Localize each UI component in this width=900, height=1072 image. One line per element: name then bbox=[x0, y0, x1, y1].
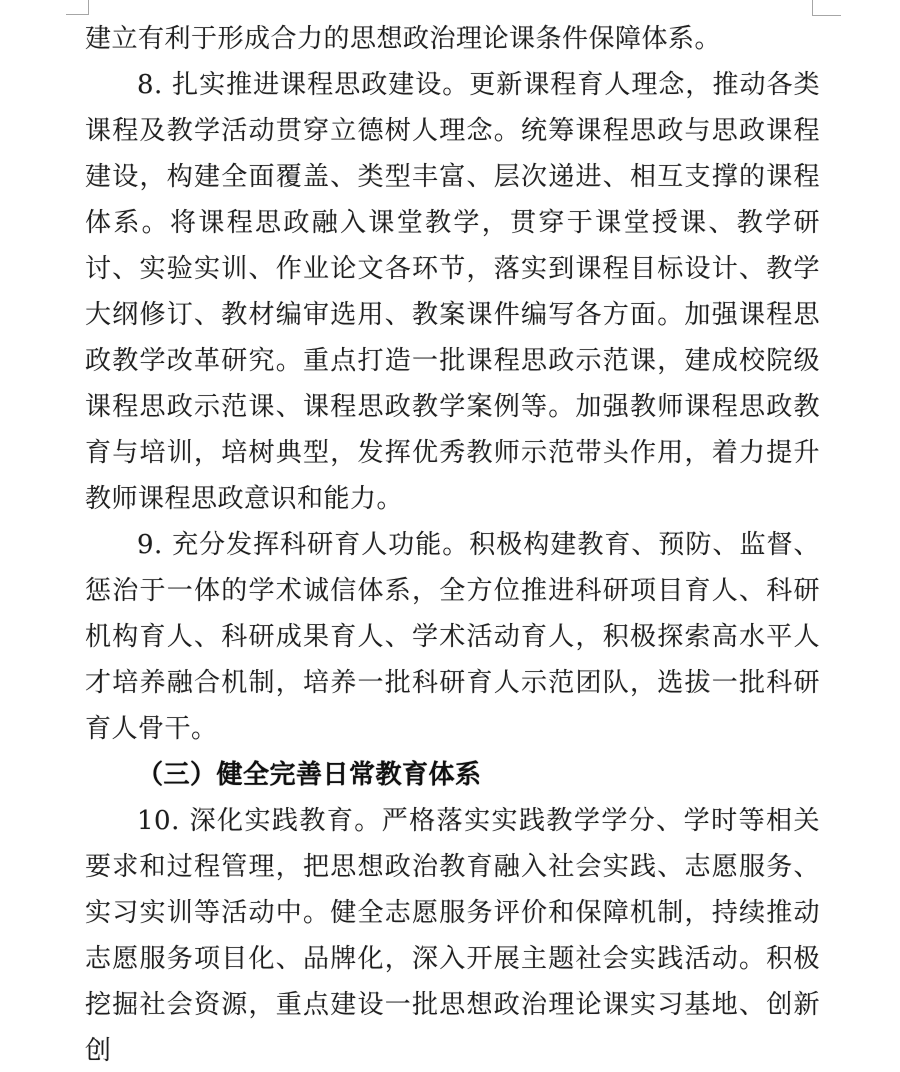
document-body: 建立有利于形成合力的思想政治理论课条件保障体系。 8. 扎实推进课程思政建设。更… bbox=[85, 16, 820, 1072]
paragraph-continuation: 建立有利于形成合力的思想政治理论课条件保障体系。 bbox=[85, 16, 820, 62]
paragraph-item-10: 10. 深化实践教育。严格落实实践教学学分、学时等相关要求和过程管理，把思想政治… bbox=[85, 798, 820, 1072]
document-page: 建立有利于形成合力的思想政治理论课条件保障体系。 8. 扎实推进课程思政建设。更… bbox=[0, 0, 900, 1072]
section-heading: （三）健全完善日常教育体系 bbox=[85, 752, 820, 798]
paragraph-item-8: 8. 扎实推进课程思政建设。更新课程育人理念，推动各类课程及教学活动贯穿立德树人… bbox=[85, 62, 820, 522]
margin-mark-top-right-icon bbox=[812, 0, 841, 16]
margin-mark-top-left-icon bbox=[66, 0, 89, 15]
paragraph-item-9: 9. 充分发挥科研育人功能。积极构建教育、预防、监督、惩治于一体的学术诚信体系，… bbox=[85, 522, 820, 752]
